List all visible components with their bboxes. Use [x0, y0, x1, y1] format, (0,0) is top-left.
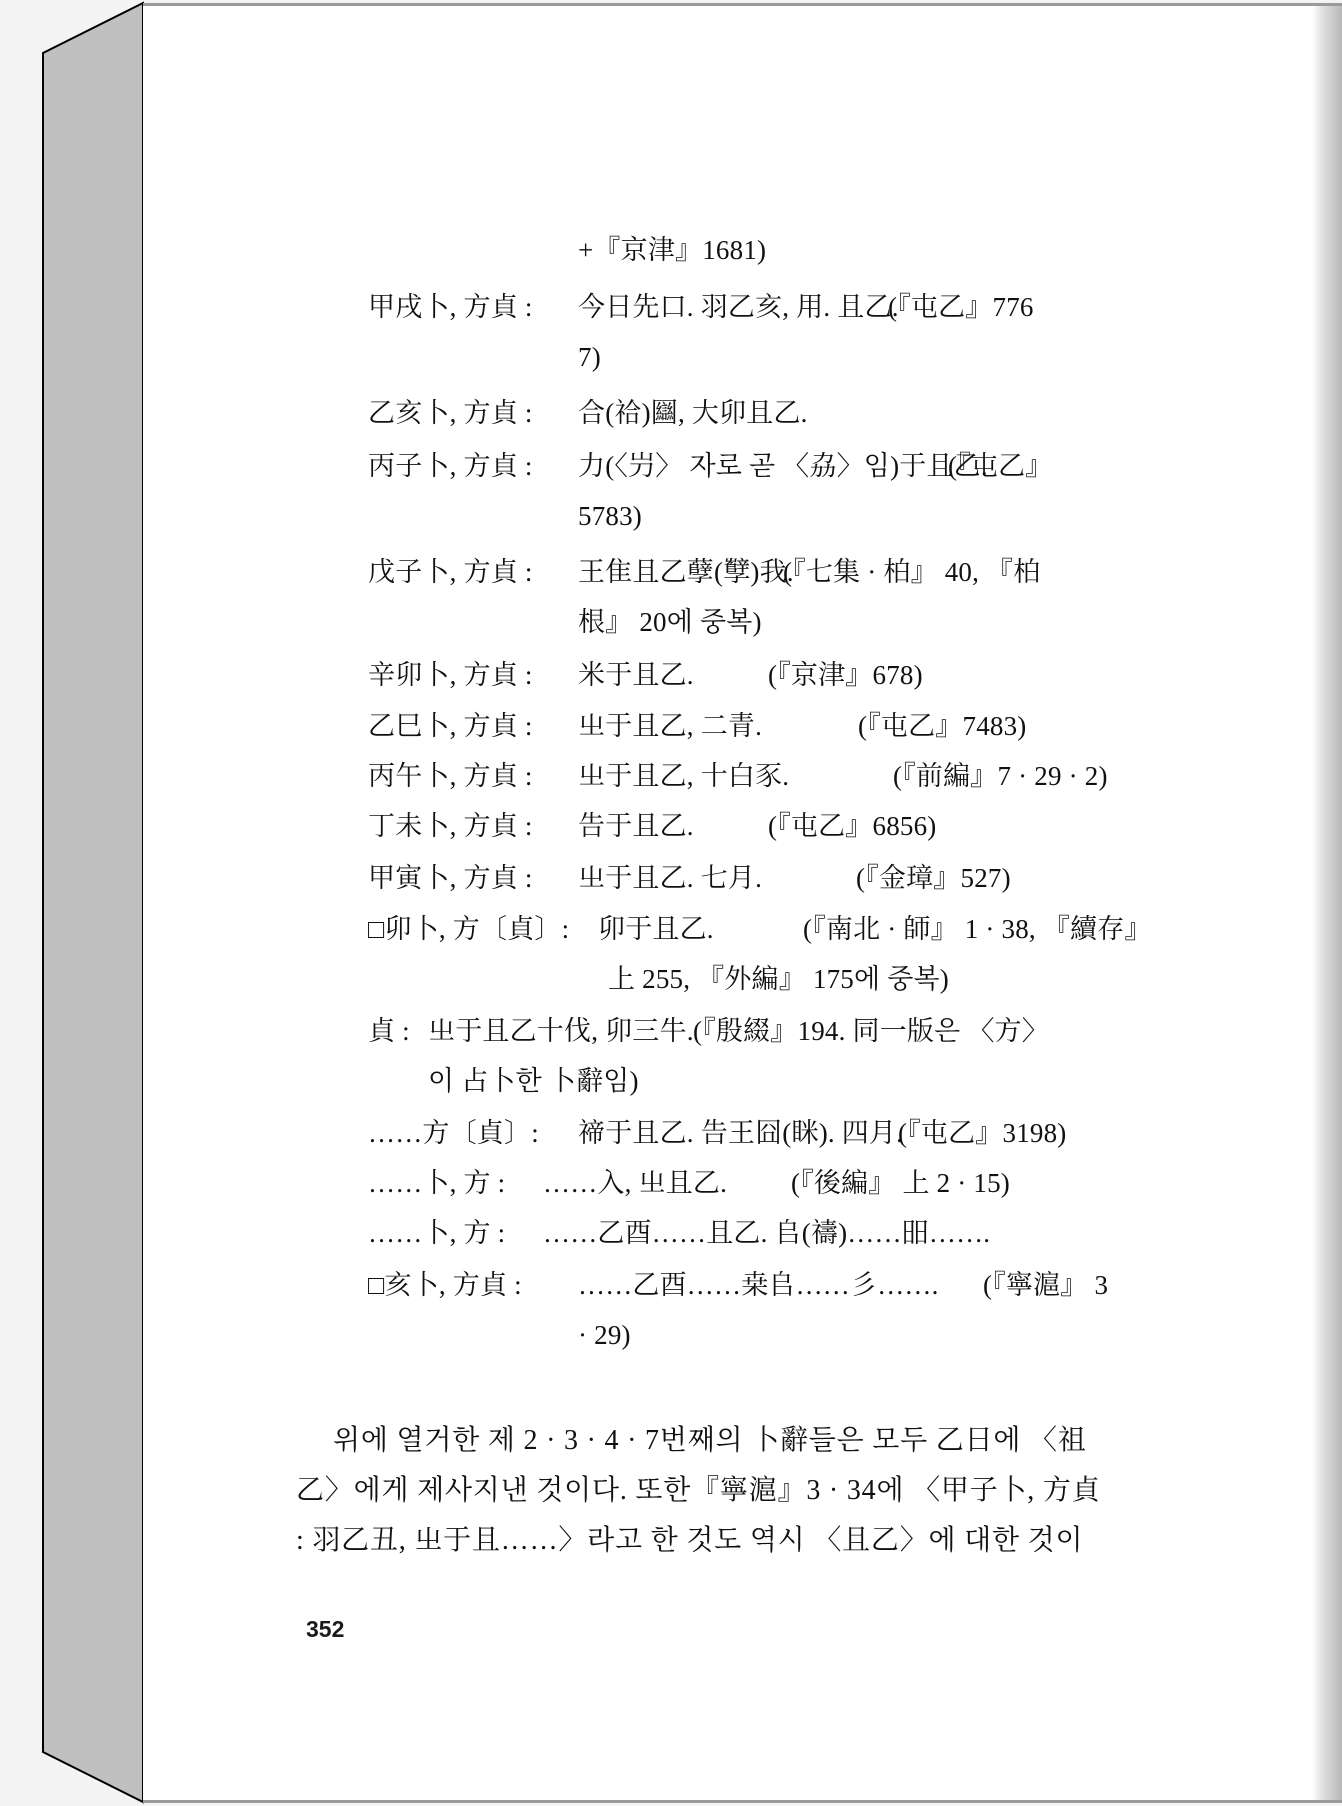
entry-body: 㞢于且乙. 七月.: [578, 861, 762, 895]
entry-body: 卯于且乙.: [598, 912, 714, 946]
entry-body: 力(〈屶〉 자로 곧 〈劦〉임)于且乙.: [578, 449, 988, 483]
entry-label: ……卜, 方 :: [368, 1216, 505, 1250]
entry-body: 㞢于且乙十伐, 卯三牛.: [428, 1014, 694, 1048]
entry-label: 丁未卜, 方貞 :: [368, 809, 533, 843]
entry-citation: (『七集 · 柏』 40, 『柏: [783, 555, 1040, 589]
entry-body: · 29): [578, 1318, 631, 1352]
paragraph-line: 乙〉에게 제사지낸 것이다. 또한『寧滬』3 · 34에 〈甲子卜, 方貞: [296, 1473, 1101, 1509]
entry-citation: (『殷綴』194. 同一版은 〈方〉: [693, 1014, 1049, 1048]
entry-body: 上 255, 『外編』 175에 중복): [608, 962, 949, 996]
entry-citation: (『屯乙』776: [888, 290, 1034, 324]
entry-body: 㞢于且乙, 二青.: [578, 709, 762, 743]
entry-citation: (『金璋』527): [856, 861, 1011, 895]
page-edge-shadow: [1312, 6, 1342, 1800]
entry-citation: (『屯乙』3198): [898, 1116, 1066, 1150]
entry-body: 㞢于且乙, 十白豕.: [578, 759, 789, 793]
entry-body: 王隹且乙孽(孼)我.: [578, 555, 794, 589]
entry-body: ……乙酉……且乙. 𠂤(禱)……昍…….: [543, 1216, 990, 1250]
paragraph-line: : 羽乙丑, 㞢于且……〉라고 한 것도 역시 〈且乙〉에 대한 것이: [296, 1523, 1083, 1559]
entry-body: 今日先口. 羽乙亥, 用. 且乙.: [578, 290, 899, 324]
entry-citation: (『屯乙』6856): [768, 809, 936, 843]
entry-citation: (『後編』 上 2 · 15): [791, 1166, 1010, 1200]
entry-citation: (『前編』7 · 29 · 2): [893, 759, 1108, 793]
entry-label: ……方〔貞〕:: [368, 1116, 539, 1150]
entry-body: 米于且乙.: [578, 658, 694, 692]
entry-label: 甲寅卜, 方貞 :: [368, 861, 533, 895]
entry-label: □卯卜, 方〔貞〕:: [368, 912, 569, 946]
entry-citation: (『京津』678): [768, 658, 923, 692]
entry-label: ……卜, 方 :: [368, 1166, 505, 1200]
entry-body: 禘于且乙. 告王囧(眯). 四月.: [578, 1116, 903, 1150]
entry-label: 戊子卜, 方貞 :: [368, 555, 533, 589]
entry-citation: (『寧滬』 3: [983, 1268, 1108, 1302]
paragraph-line: 위에 열거한 제 2 · 3 · 4 · 7번째의 卜辭들은 모두 乙日에 〈祖: [333, 1423, 1087, 1459]
entry-body: ……入, 㞢且乙.: [543, 1166, 727, 1200]
entry-label: 丙午卜, 方貞 :: [368, 759, 533, 793]
book-spine-edge: [0, 0, 160, 1806]
entry-body: 根』 20에 중복): [578, 605, 762, 639]
entry-body: 7): [578, 340, 601, 374]
entry-label: 辛卯卜, 方貞 :: [368, 658, 533, 692]
entry-label: 乙巳卜, 方貞 :: [368, 709, 533, 743]
page-number: 352: [306, 1616, 344, 1643]
entry-label: 乙亥卜, 方貞 :: [368, 396, 533, 430]
entry-citation: (『屯乙』: [948, 449, 1053, 483]
entry-body: +『京津』1681): [578, 233, 766, 267]
entry-body: 이 占卜한 卜辭임): [428, 1064, 639, 1098]
book-page: +『京津』1681) 甲戌卜, 方貞 : 今日先口. 羽乙亥, 用. 且乙. (…: [143, 3, 1342, 1803]
entry-citation: (『屯乙』7483): [858, 709, 1026, 743]
entry-label: 貞 :: [368, 1014, 410, 1048]
entry-label: 丙子卜, 方貞 :: [368, 449, 533, 483]
entry-body: ……乙酉……桒𠂤……彡…….: [578, 1268, 939, 1302]
entry-body: 合(祫)圝, 大卯且乙.: [578, 396, 808, 430]
entry-citation: (『南北 · 師』 1 · 38, 『續存』: [803, 912, 1152, 946]
entry-label: 甲戌卜, 方貞 :: [368, 290, 533, 324]
entry-body: 告于且乙.: [578, 809, 694, 843]
entry-body: 5783): [578, 499, 642, 533]
entry-label: □亥卜, 方貞 :: [368, 1268, 522, 1302]
